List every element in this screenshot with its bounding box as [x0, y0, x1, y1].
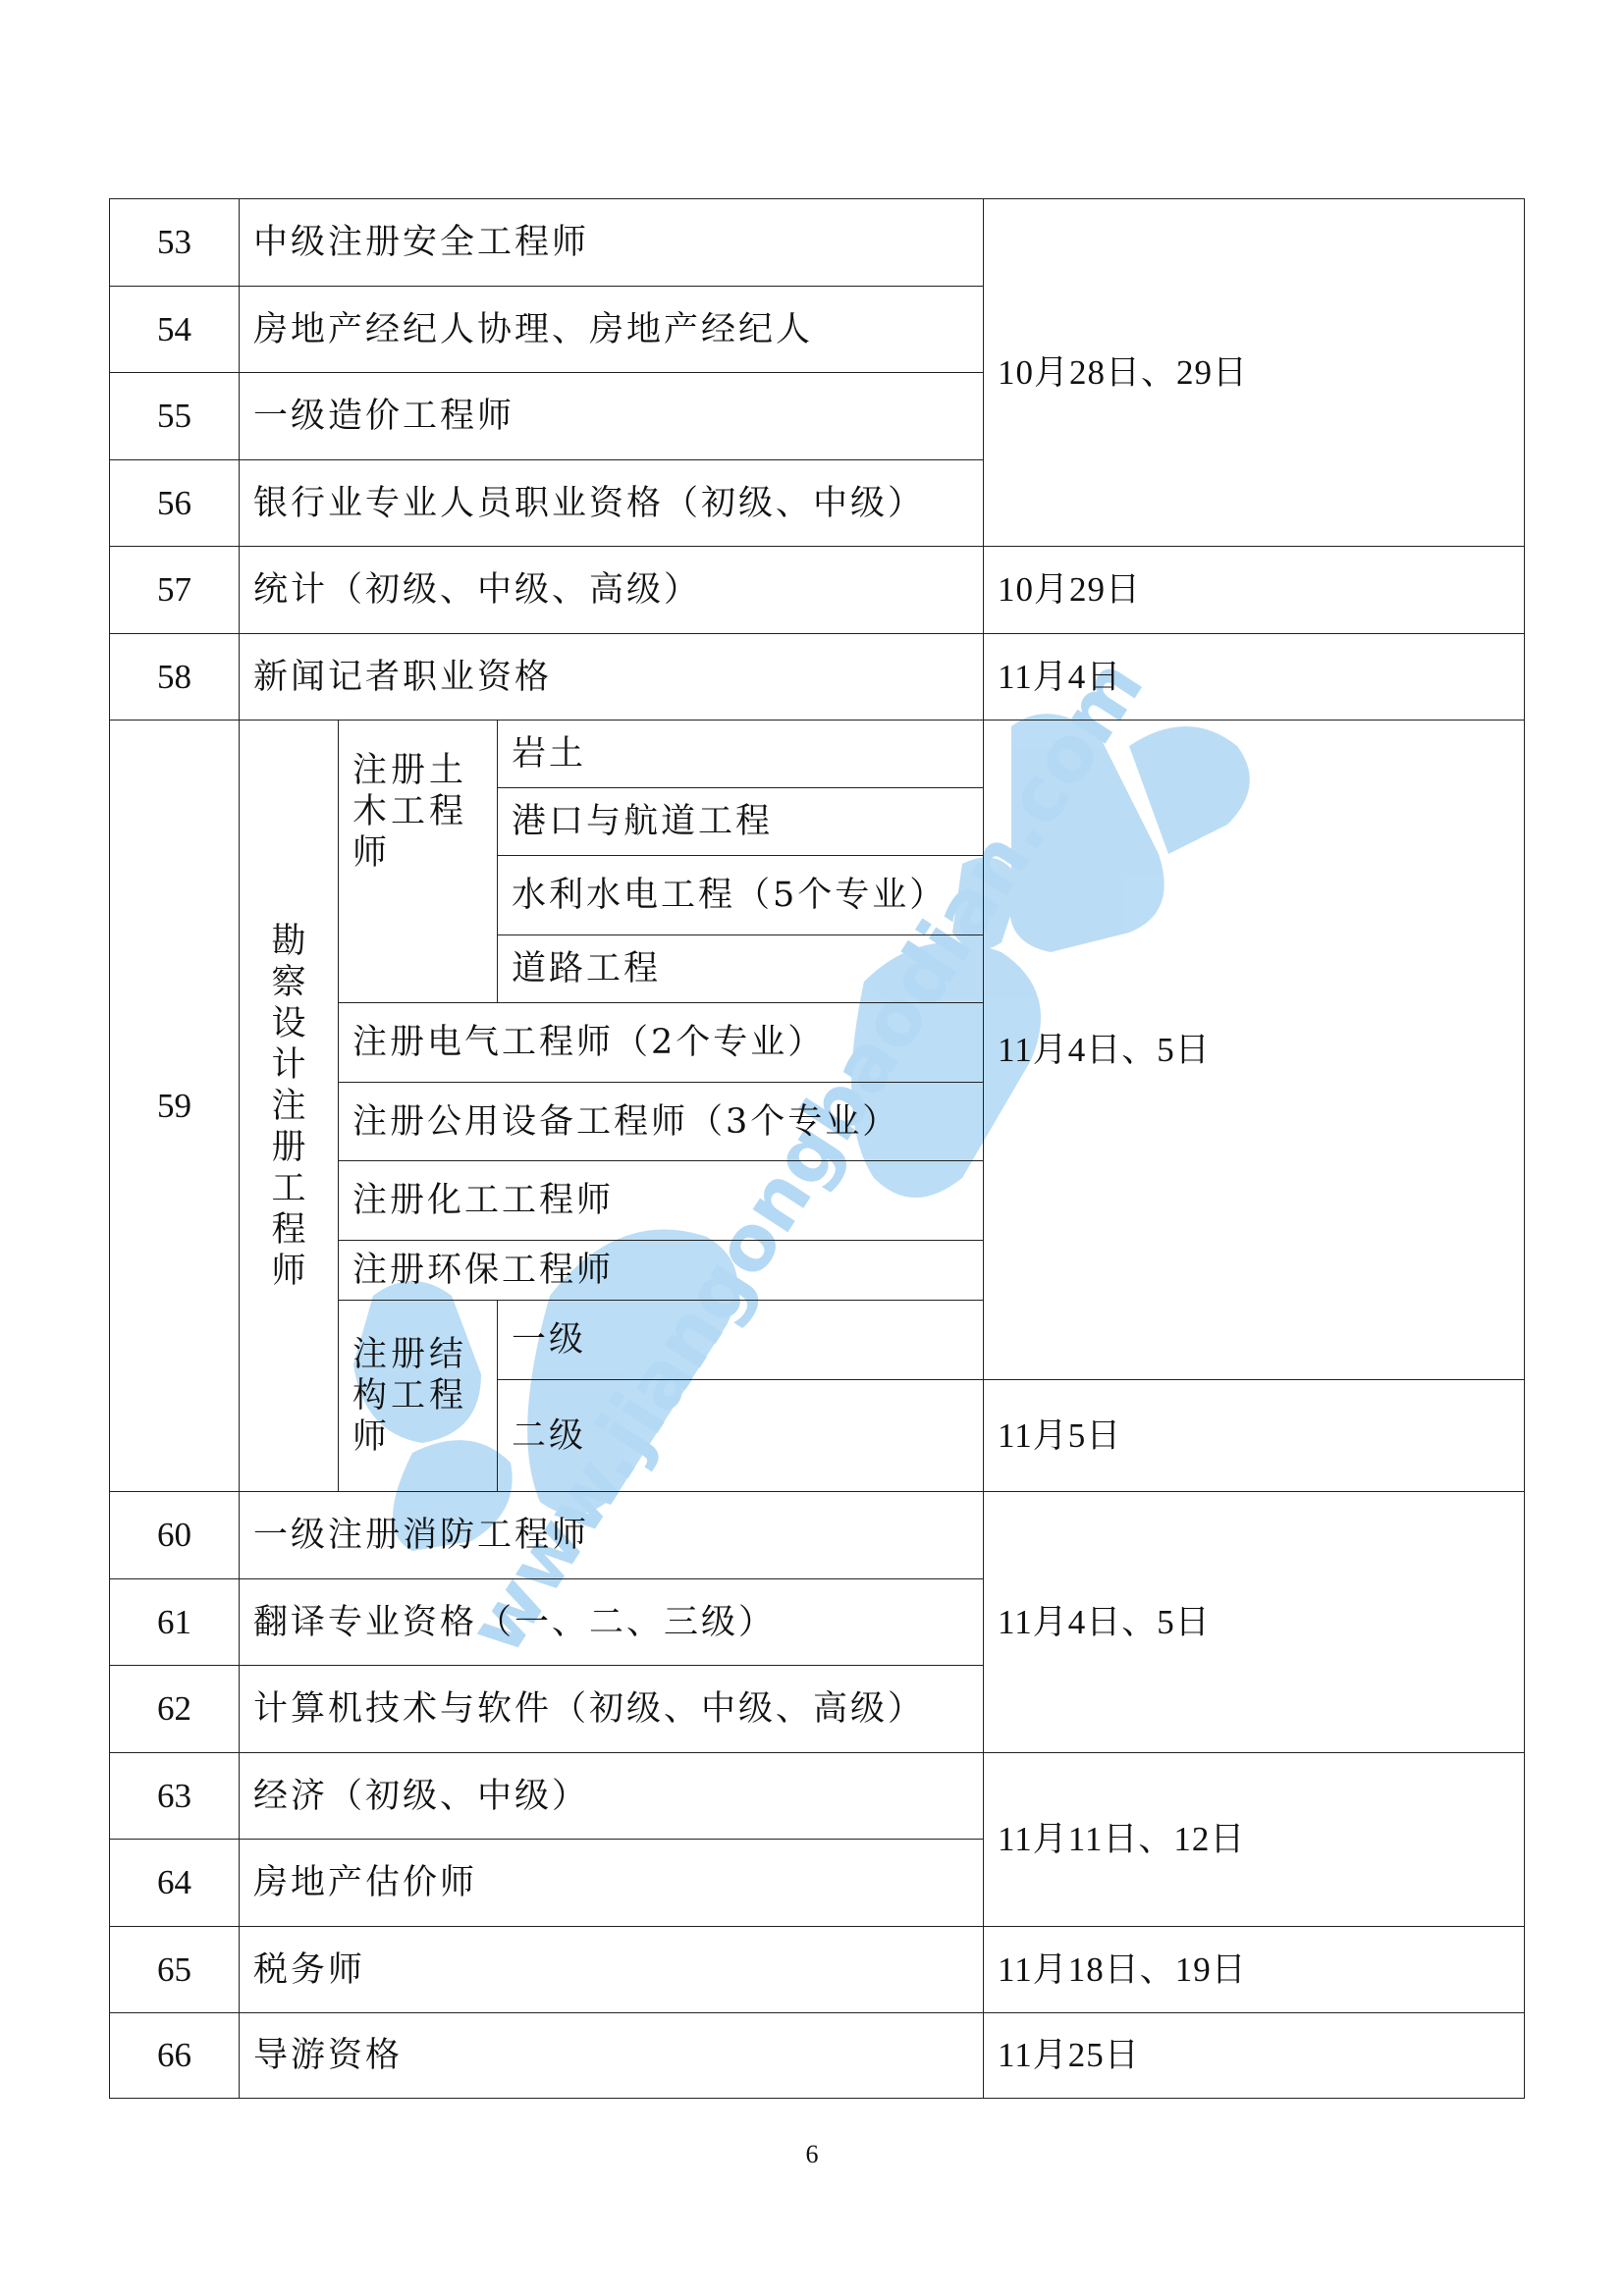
row-number: 53 [110, 199, 240, 287]
label-line: 构工程 [352, 1375, 497, 1416]
group-label-survey-design-engineer: 勘 察 设 计 注 册 工 程 师 [240, 721, 339, 1492]
table-row: 59 勘 察 设 计 注 册 工 程 师 注册土 木工程 师 岩土 11月4日、… [110, 721, 1525, 788]
exam-environmental-engineer: 注册环保工程师 [339, 1241, 984, 1301]
group-char: 注 [240, 1086, 338, 1127]
exam-date: 11月4日、5日 [984, 1492, 1525, 1753]
exam-date: 10月29日 [984, 547, 1525, 634]
table-row: 60 一级注册消防工程师 11月4日、5日 [110, 1492, 1525, 1579]
specialty-water-conservancy: 水利水电工程（5个专业） [498, 856, 984, 935]
row-number: 65 [110, 1927, 240, 2013]
page-number: 6 [0, 2140, 1624, 2169]
exam-name: 新闻记者职业资格 [240, 634, 984, 721]
row-number: 59 [110, 721, 240, 1492]
exam-name: 房地产估价师 [240, 1840, 984, 1927]
row-number: 57 [110, 547, 240, 634]
exam-date: 11月4日 [984, 634, 1525, 721]
row-number: 63 [110, 1753, 240, 1840]
group-char: 师 [240, 1251, 338, 1292]
table-row: 58 新闻记者职业资格 11月4日 [110, 634, 1525, 721]
table-row: 57 统计（初级、中级、高级） 10月29日 [110, 547, 1525, 634]
row-number: 56 [110, 460, 240, 547]
exam-date: 11月25日 [984, 2013, 1525, 2099]
label-line: 师 [352, 832, 497, 874]
exam-name: 中级注册安全工程师 [240, 199, 984, 287]
row-number: 64 [110, 1840, 240, 1927]
group-char: 勘 [240, 921, 338, 962]
exam-name: 税务师 [240, 1927, 984, 2013]
exam-date: 11月5日 [984, 1380, 1525, 1492]
specialty-geotechnical: 岩土 [498, 721, 984, 788]
row-number: 55 [110, 373, 240, 460]
table-row: 66 导游资格 11月25日 [110, 2013, 1525, 2099]
exam-date: 10月28日、29日 [984, 199, 1525, 547]
table-row: 63 经济（初级、中级） 11月11日、12日 [110, 1753, 1525, 1840]
table-row: 65 税务师 11月18日、19日 [110, 1927, 1525, 2013]
row-number: 62 [110, 1666, 240, 1753]
row-number: 54 [110, 287, 240, 373]
structural-level-1: 一级 [498, 1301, 984, 1380]
specialty-port-waterway: 港口与航道工程 [498, 788, 984, 856]
group-char: 设 [240, 1003, 338, 1044]
exam-schedule-table: 53 中级注册安全工程师 10月28日、29日 54 房地产经纪人协理、房地产经… [109, 198, 1525, 2099]
exam-date: 11月11日、12日 [984, 1753, 1525, 1927]
exam-name: 翻译专业资格（一、二、三级） [240, 1579, 984, 1666]
group-char: 程 [240, 1209, 338, 1251]
group-char: 册 [240, 1127, 338, 1168]
exam-date: 11月18日、19日 [984, 1927, 1525, 2013]
exam-chemical-engineer: 注册化工工程师 [339, 1161, 984, 1241]
exam-utility-engineer: 注册公用设备工程师（3个专业） [339, 1083, 984, 1161]
table-row: 53 中级注册安全工程师 10月28日、29日 [110, 199, 1525, 287]
exam-name: 经济（初级、中级） [240, 1753, 984, 1840]
row-number: 58 [110, 634, 240, 721]
group-char: 工 [240, 1168, 338, 1209]
row-number: 66 [110, 2013, 240, 2099]
exam-name: 一级造价工程师 [240, 373, 984, 460]
row-number: 61 [110, 1579, 240, 1666]
exam-name: 统计（初级、中级、高级） [240, 547, 984, 634]
specialty-road: 道路工程 [498, 935, 984, 1003]
label-line: 注册结 [352, 1334, 497, 1375]
structural-level-2: 二级 [498, 1380, 984, 1492]
exam-name: 一级注册消防工程师 [240, 1492, 984, 1579]
exam-electrical-engineer: 注册电气工程师（2个专业） [339, 1003, 984, 1083]
exam-name: 银行业专业人员职业资格（初级、中级） [240, 460, 984, 547]
exam-name: 房地产经纪人协理、房地产经纪人 [240, 287, 984, 373]
exam-name: 导游资格 [240, 2013, 984, 2099]
group-char: 察 [240, 962, 338, 1003]
civil-engineer-label: 注册土 木工程 师 [339, 721, 498, 1003]
exam-date: 11月4日、5日 [984, 721, 1525, 1380]
structural-engineer-label: 注册结 构工程 师 [339, 1301, 498, 1492]
row-number: 60 [110, 1492, 240, 1579]
label-line: 师 [352, 1416, 497, 1458]
label-line: 木工程 [352, 791, 497, 832]
label-line: 注册土 [352, 750, 497, 791]
exam-name: 计算机技术与软件（初级、中级、高级） [240, 1666, 984, 1753]
group-char: 计 [240, 1044, 338, 1086]
